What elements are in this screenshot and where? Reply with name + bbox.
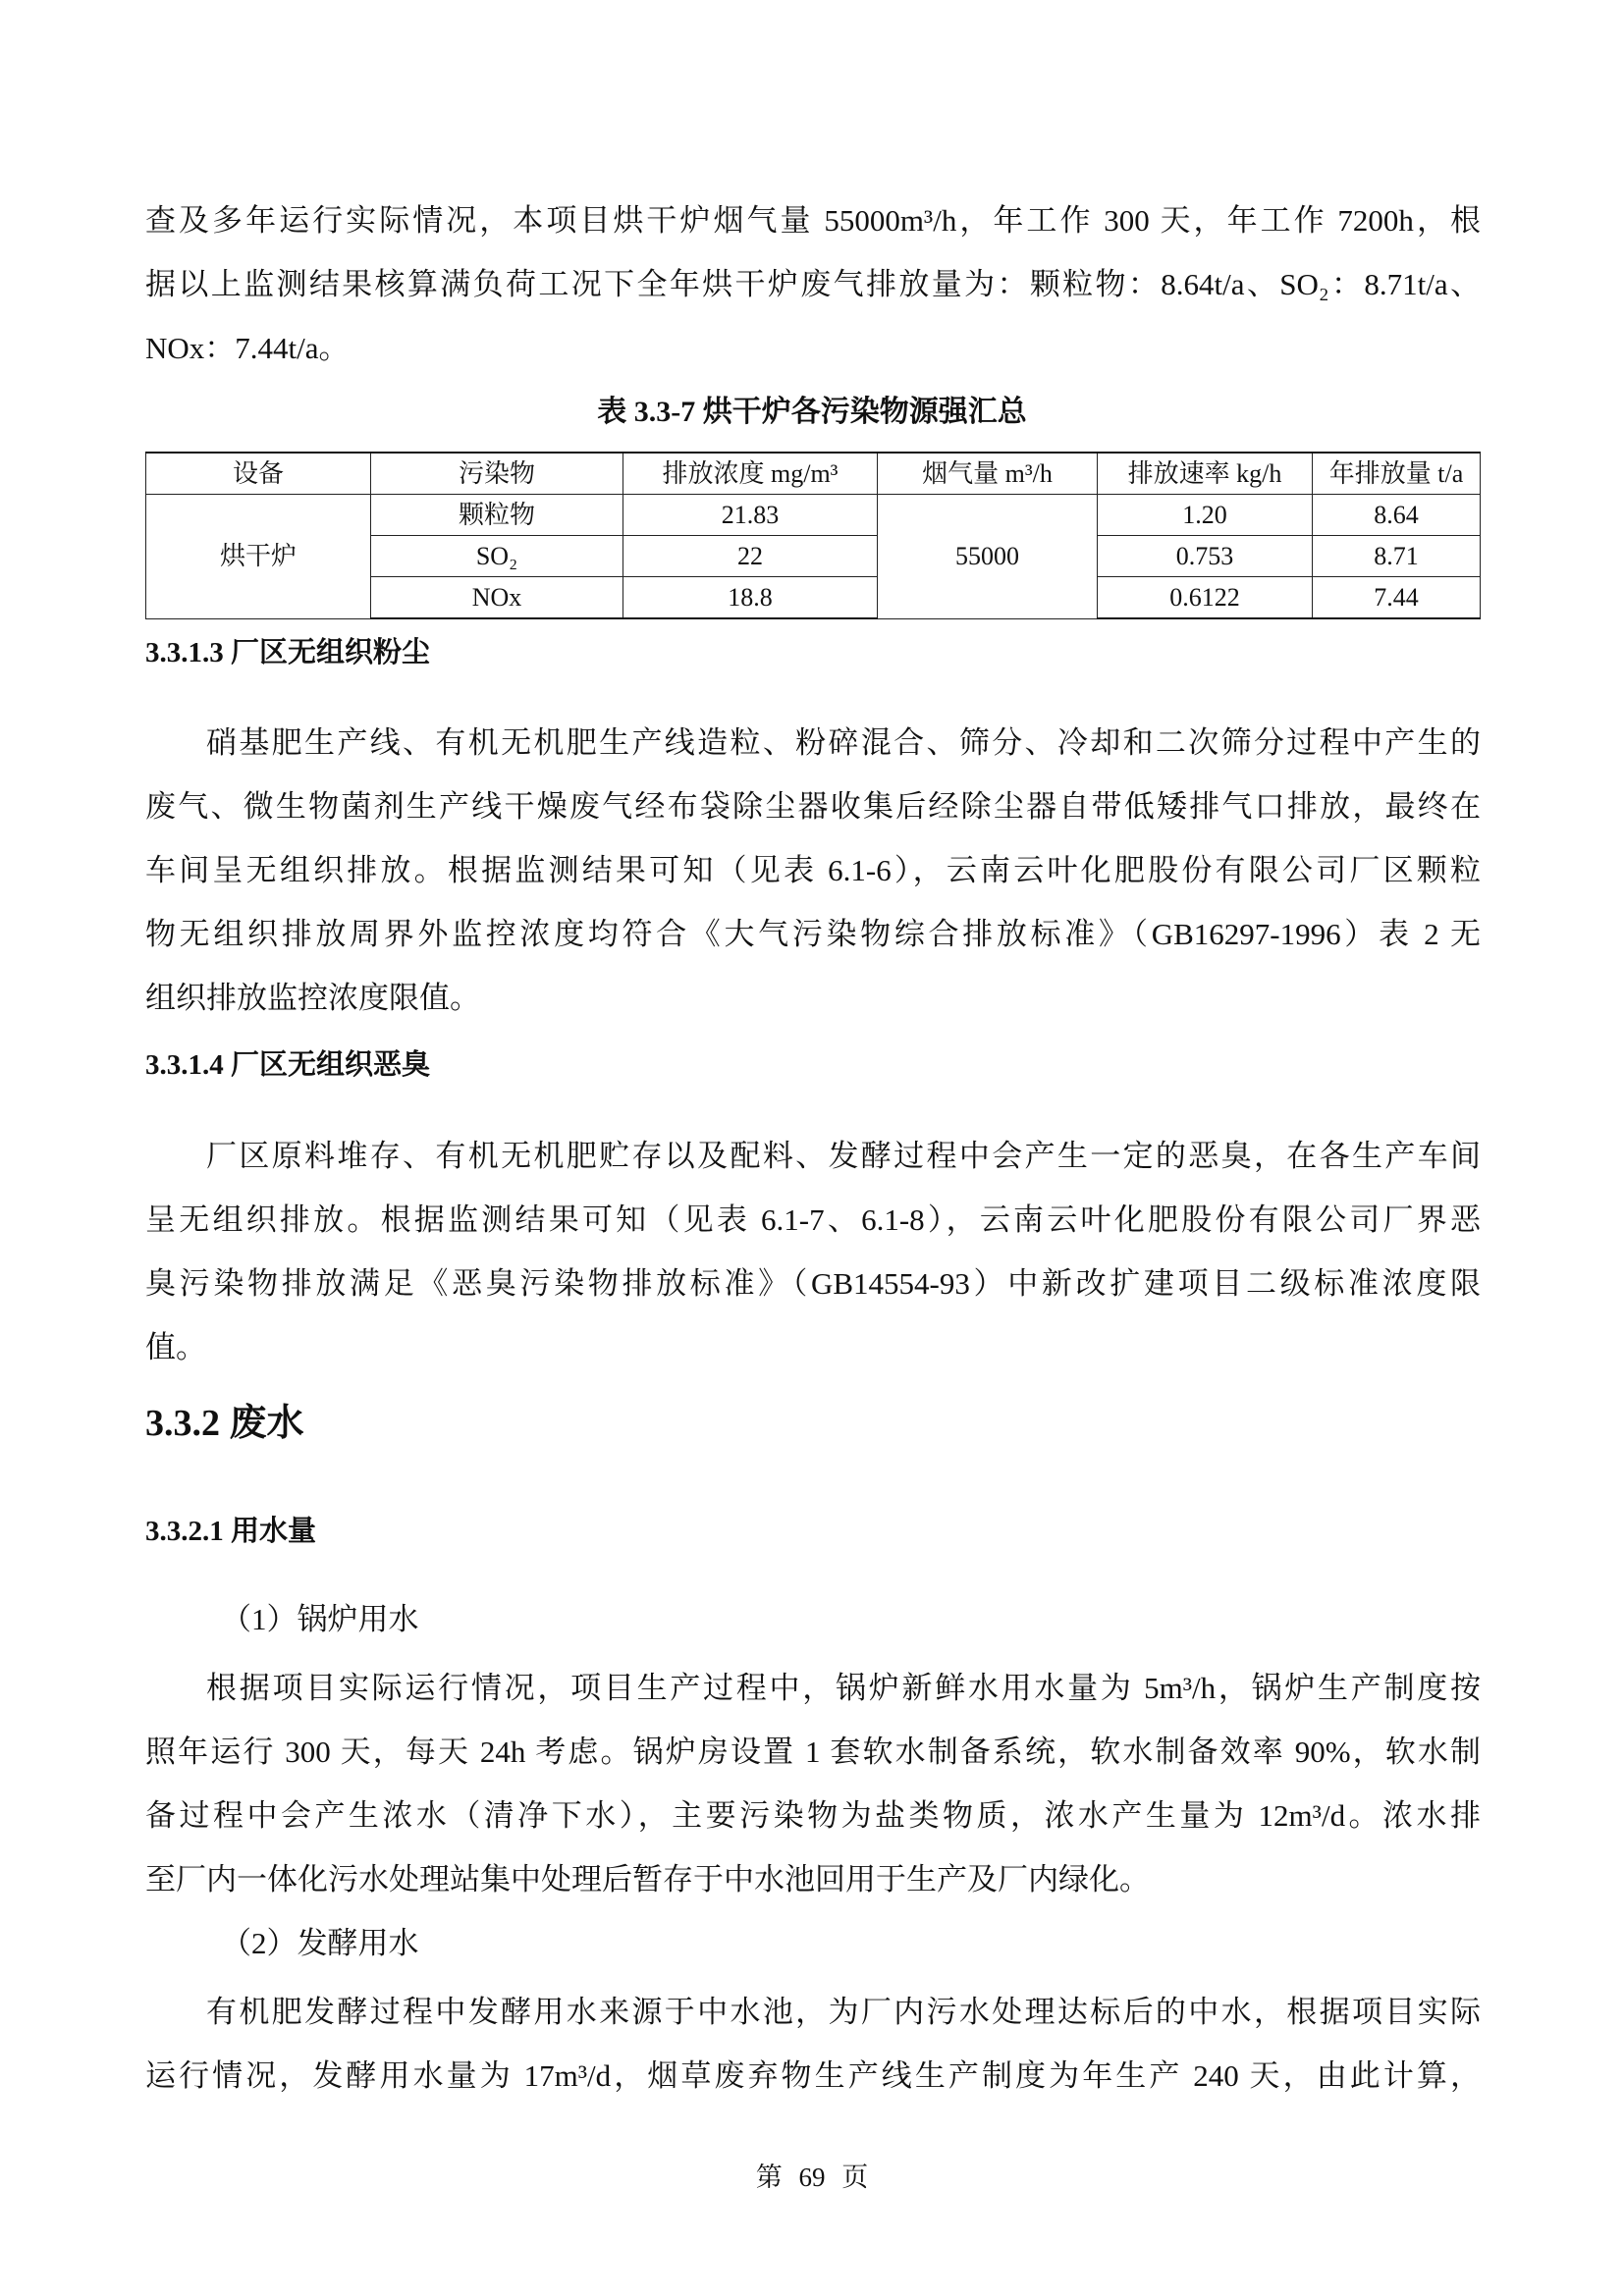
- annual-cell: 8.64: [1313, 495, 1481, 536]
- para-3313-line-5: 组织排放监控浓度限值。: [145, 979, 1481, 1018]
- header-emission-rate: 排放速率 kg/h: [1098, 453, 1313, 495]
- heading-332: 3.3.2 废水: [145, 1399, 304, 1448]
- header-pollutant: 污染物: [371, 453, 623, 495]
- concentration-cell: 21.83: [623, 495, 878, 536]
- table-caption: 表 3.3-7 烘干炉各污染物源强汇总: [0, 393, 1624, 432]
- annual-cell: 7.44: [1313, 577, 1481, 619]
- intro-line-2: 据以上监测结果核算满负荷工况下全年烘干炉废气排放量为：颗粒物：8.64t/a、S…: [145, 265, 1481, 304]
- rate-cell: 0.753: [1098, 536, 1313, 577]
- pollutant-source-table: 设备 污染物 排放浓度 mg/m³ 烟气量 m³/h 排放速率 kg/h 年排放…: [145, 452, 1481, 619]
- item1-line-2: 照年运行 300 天，每天 24h 考虑。锅炉房设置 1 套软水制备系统，软水制…: [145, 1733, 1481, 1772]
- item-boiler-water-title: （1）锅炉用水: [221, 1600, 419, 1639]
- intro-line-3: NOx：7.44t/a。: [145, 329, 1481, 368]
- para-3314-line-4: 值。: [145, 1328, 1481, 1367]
- heading-3313: 3.3.1.3 厂区无组织粉尘: [145, 633, 430, 672]
- item1-line-3: 备过程中会产生浓水（清净下水），主要污染物为盐类物质，浓水产生量为 12m³/d…: [145, 1796, 1481, 1836]
- flue-gas-cell: 55000: [878, 495, 1098, 619]
- concentration-cell: 22: [623, 536, 878, 577]
- equipment-cell: 烘干炉: [146, 495, 371, 619]
- item-fermentation-water-title: （2）发酵用水: [221, 1924, 419, 1963]
- annual-cell: 8.71: [1313, 536, 1481, 577]
- rate-cell: 1.20: [1098, 495, 1313, 536]
- item2-line-1: 有机肥发酵过程中发酵用水来源于中水池，为厂内污水处理达标后的中水，根据项目实际: [206, 1993, 1481, 2032]
- header-flue-gas: 烟气量 m³/h: [878, 453, 1098, 495]
- table-row: 烘干炉 颗粒物 21.83 55000 1.20 8.64: [146, 495, 1481, 536]
- intro-line-1: 查及多年运行实际情况，本项目烘干炉烟气量 55000m³/h，年工作 300 天…: [145, 201, 1481, 240]
- heading-3321: 3.3.2.1 用水量: [145, 1512, 316, 1551]
- pollutant-cell: NOx: [371, 577, 623, 619]
- para-3313-line-3: 车间呈无组织排放。根据监测结果可知（见表 6.1-6），云南云叶化肥股份有限公司…: [145, 851, 1481, 890]
- para-3313-line-4: 物无组织排放周界外监控浓度均符合《大气污染物综合排放标准》（GB16297-19…: [145, 915, 1481, 954]
- concentration-cell: 18.8: [623, 577, 878, 619]
- table-header-row: 设备 污染物 排放浓度 mg/m³ 烟气量 m³/h 排放速率 kg/h 年排放…: [146, 453, 1481, 495]
- page-number: 第 69 页: [0, 2160, 1624, 2195]
- item2-line-2: 运行情况，发酵用水量为 17m³/d，烟草废弃物生产线生产制度为年生产 240 …: [145, 2056, 1481, 2096]
- header-equipment: 设备: [146, 453, 371, 495]
- para-3314-line-3: 臭污染物排放满足《恶臭污染物排放标准》（GB14554-93）中新改扩建项目二级…: [145, 1264, 1481, 1304]
- para-3314-line-2: 呈无组织排放。根据监测结果可知（见表 6.1-7、6.1-8），云南云叶化肥股份…: [145, 1201, 1481, 1240]
- para-3314-line-1: 厂区原料堆存、有机无机肥贮存以及配料、发酵过程中会产生一定的恶臭，在各生产车间: [206, 1137, 1481, 1176]
- header-concentration: 排放浓度 mg/m³: [623, 453, 878, 495]
- rate-cell: 0.6122: [1098, 577, 1313, 619]
- heading-3314: 3.3.1.4 厂区无组织恶臭: [145, 1045, 430, 1085]
- pollutant-cell: 颗粒物: [371, 495, 623, 536]
- pollutant-cell: SO₂: [371, 536, 623, 577]
- para-3313-line-1: 硝基肥生产线、有机无机肥生产线造粒、粉碎混合、筛分、冷却和二次筛分过程中产生的: [206, 723, 1481, 763]
- item1-line-4: 至厂内一体化污水处理站集中处理后暂存于中水池回用于生产及厂内绿化。: [145, 1860, 1481, 1899]
- header-annual-emission: 年排放量 t/a: [1313, 453, 1481, 495]
- item1-line-1: 根据项目实际运行情况，项目生产过程中，锅炉新鲜水用水量为 5m³/h，锅炉生产制…: [206, 1669, 1481, 1708]
- para-3313-line-2: 废气、微生物菌剂生产线干燥废气经布袋除尘器收集后经除尘器自带低矮排气口排放，最终…: [145, 787, 1481, 827]
